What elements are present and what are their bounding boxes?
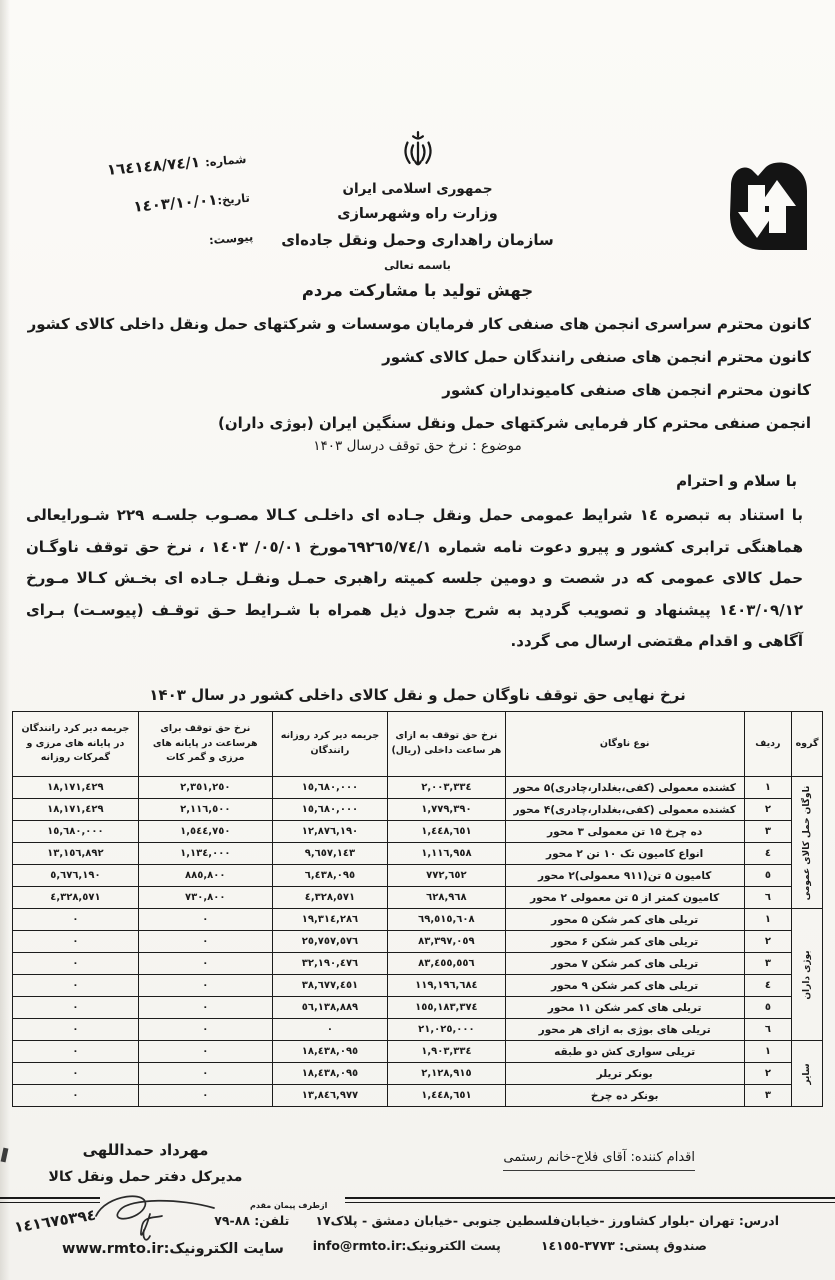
- recipients: کانون محترم سراسری انجمن های صنفی کار فر…: [24, 308, 811, 440]
- rate-border: ١,١٣٤,٠٠٠: [138, 843, 272, 865]
- basmala: باسمه تعالی: [0, 259, 835, 272]
- footer-postal-line: صندوق پستی: ٣٧٧٣-١٤١٥٥پست الکترونیک:info…: [313, 1238, 707, 1253]
- group-cell: ناوگان حمل کالای عمومی: [792, 777, 823, 909]
- separator-rule-left: [0, 1197, 100, 1203]
- fine-daily: ١٩,٣١٤,٢٨٦: [272, 909, 387, 931]
- row-no: ١: [744, 777, 791, 799]
- rate-domestic: ٢,٠٠٣,٣٣٤: [388, 777, 505, 799]
- fleet-type: کشنده معمولی (کفی،بغلدار،چادری)۵ محور: [505, 777, 744, 799]
- rate-domestic: ١,٤٤٨,٦٥١: [388, 1085, 505, 1107]
- rate-border: ٠: [138, 997, 272, 1019]
- rate-domestic: ٦٢٨,٩٦٨: [388, 887, 505, 909]
- fleet-type: تریلی های کمر شکن ۷ محور: [505, 953, 744, 975]
- fleet-type: تریلی های کمر شکن ۱۱ محور: [505, 997, 744, 1019]
- fleet-type: بونکر ده چرخ: [505, 1085, 744, 1107]
- fleet-type: کشنده معمولی (کفی،بغلدار،چادری)۴ محور: [505, 799, 744, 821]
- fine-border: ٠: [13, 953, 139, 975]
- table-row: ٦کامیون کمتر از ۵ تن معمولی ۲ محور٦٢٨,٩٦…: [13, 887, 823, 909]
- col-fleet-type: نوع ناوگان: [505, 712, 744, 777]
- fine-daily: ١٥,٦٨٠,٠٠٠: [272, 799, 387, 821]
- iran-emblem-icon: [397, 128, 439, 178]
- scanned-letter-page: شماره: ١٦٤١٤٨/٧٤/١ تاریخ:١٤٠٣/١٠/٠١ پیوس…: [0, 0, 835, 1280]
- table-row: ٢کشنده معمولی (کفی،بغلدار،چادری)۴ محور١,…: [13, 799, 823, 821]
- rate-domestic: ١٥٥,١٨٣,٣٧٤: [388, 997, 505, 1019]
- rate-border: ٠: [138, 1085, 272, 1107]
- rates-table: گروه ردیف نوع ناوگان نرخ حق توقف به ازای…: [12, 711, 823, 1107]
- rate-border: ٠: [138, 953, 272, 975]
- rate-border: ٠: [138, 909, 272, 931]
- row-no: ٤: [744, 843, 791, 865]
- rate-domestic: ١,٩٠٣,٣٣٤: [388, 1041, 505, 1063]
- signature-name: مهرداد حمداللهی: [48, 1137, 243, 1164]
- recipient-line: کانون محترم سراسری انجمن های صنفی کار فر…: [24, 308, 811, 341]
- separator-rule-right: [345, 1197, 835, 1203]
- rate-domestic: ١١٩,١٩٦,٦٨٤: [388, 975, 505, 997]
- rate-border: ٠: [138, 1019, 272, 1041]
- fine-daily: ١٨,٤٣٨,٠٩٥: [272, 1041, 387, 1063]
- group-cell: سایر: [792, 1041, 823, 1107]
- fine-border: ٠: [13, 931, 139, 953]
- row-no: ٤: [744, 975, 791, 997]
- row-no: ٢: [744, 799, 791, 821]
- row-no: ٥: [744, 865, 791, 887]
- rate-border: ٨٨٥,٨٠٠: [138, 865, 272, 887]
- rate-border: ٢,٣٥١,٢٥٠: [138, 777, 272, 799]
- fleet-type: تریلی سواری کش دو طبقه: [505, 1041, 744, 1063]
- table-row: ٥تریلی های کمر شکن ۱۱ محور١٥٥,١٨٣,٣٧٤٥٦,…: [13, 997, 823, 1019]
- table-row: سایر١تریلی سواری کش دو طبقه١,٩٠٣,٣٣٤١٨,٤…: [13, 1041, 823, 1063]
- fleet-type: کامیون کمتر از ۵ تن معمولی ۲ محور: [505, 887, 744, 909]
- rate-border: ٠: [138, 1063, 272, 1085]
- row-no: ١: [744, 909, 791, 931]
- fleet-type: تریلی های کمر شکن ۶ محور: [505, 931, 744, 953]
- fine-daily: ٣٨,٦٧٧,٤٥١: [272, 975, 387, 997]
- footer-website: سایت الکترونیک:www.rmto.ir: [62, 1241, 284, 1257]
- col-group: گروه: [792, 712, 823, 777]
- footer-phone: تلفن: ٨٨-٧٩: [214, 1213, 289, 1228]
- footer-address-line: ادرس: تهران -بلوار کشاورز -خیابان‌فلسطین…: [214, 1213, 779, 1228]
- fleet-type: تریلی های بوژی به ازای هر محور: [505, 1019, 744, 1041]
- table-row: ٣تریلی های کمر شکن ۷ محور٨٣,٤٥٥,٥٥٦٣٢,١٩…: [13, 953, 823, 975]
- col-row: ردیف: [744, 712, 791, 777]
- fine-border: ١٨,١٧١,٤٢٩: [13, 799, 139, 821]
- col-fine-border: جریمه دیر کرد رانندگان در پایانه های مرز…: [13, 712, 139, 777]
- row-no: ٦: [744, 1019, 791, 1041]
- table-row: ٦تریلی های بوژی به ازای هر محور٢١,٠٢٥,٠٠…: [13, 1019, 823, 1041]
- signature-block: مهرداد حمداللهی مدیرکل دفتر حمل ونقل کال…: [48, 1137, 243, 1191]
- group-cell: بوژی داران: [792, 909, 823, 1041]
- rates-tbody: ناوگان حمل کالای عمومی١کشنده معمولی (کفی…: [13, 777, 823, 1107]
- table-row: ٤تریلی های کمر شکن ۹ محور١١٩,١٩٦,٦٨٤٣٨,٦…: [13, 975, 823, 997]
- fine-border: ٤,٣٢٨,٥٧١: [13, 887, 139, 909]
- rate-border: ٠: [138, 1041, 272, 1063]
- fine-daily: ١٣,٨٤٦,٩٧٧: [272, 1085, 387, 1107]
- fleet-type: تریلی های کمر شکن ۵ محور: [505, 909, 744, 931]
- letterhead-country: جمهوری اسلامی ایران: [0, 181, 835, 197]
- rate-border: ٠: [138, 931, 272, 953]
- fine-border: ٥,٦٧٦,١٩٠: [13, 865, 139, 887]
- fine-daily: ١٥,٦٨٠,٠٠٠: [272, 777, 387, 799]
- col-rate-domestic: نرخ حق توقف به ازای هر ساعت داخلی (ریال): [388, 712, 505, 777]
- row-no: ٣: [744, 1085, 791, 1107]
- rate-domestic: ١,٤٤٨,٦٥١: [388, 821, 505, 843]
- fine-daily: ٤,٣٢٨,٥٧١: [272, 887, 387, 909]
- salutation: با سلام و احترام: [676, 472, 797, 490]
- fine-border: ١٥,٦٨٠,٠٠٠: [13, 821, 139, 843]
- letter-meta: شماره: ١٦٤١٤٨/٧٤/١ تاریخ:١٤٠٣/١٠/٠١ پیوس…: [75, 139, 255, 270]
- row-no: ٣: [744, 821, 791, 843]
- fine-daily: ٢٥,٧٥٧,٥٧٦: [272, 931, 387, 953]
- fine-border: ١٨,١٧١,٤٢٩: [13, 777, 139, 799]
- fine-border: ٠: [13, 1063, 139, 1085]
- rate-domestic: ٨٣,٤٥٥,٥٥٦: [388, 953, 505, 975]
- fine-daily: ٥٦,١٣٨,٨٨٩: [272, 997, 387, 1019]
- fleet-type: ده چرخ ۱۵ تن معمولی ۳ محور: [505, 821, 744, 843]
- recipient-line: کانون محترم انجمن های صنفی رانندگان حمل …: [24, 341, 811, 374]
- footer-pobox: صندوق پستی: ٣٧٧٣-١٤١٥٥: [541, 1238, 707, 1253]
- fine-border: ٠: [13, 975, 139, 997]
- fine-border: ٠: [13, 909, 139, 931]
- recipient-line: کانون محترم انجمن های صنفی کامیونداران ک…: [24, 374, 811, 407]
- table-row: ٥کامیون ۵ تن(۹۱۱ معمولی)۲ محور٧٧٢,٦٥٢٦,٤…: [13, 865, 823, 887]
- fleet-type: تریلی های کمر شکن ۹ محور: [505, 975, 744, 997]
- table-row: ناوگان حمل کالای عمومی١کشنده معمولی (کفی…: [13, 777, 823, 799]
- rates-table-wrap: گروه ردیف نوع ناوگان نرخ حق توقف به ازای…: [12, 711, 823, 1107]
- rate-border: ٢,١١٦,٥٠٠: [138, 799, 272, 821]
- fine-border: ٠: [13, 997, 139, 1019]
- row-no: ٣: [744, 953, 791, 975]
- body-paragraph: با استناد به تبصره ١٤ شرایط عمومی حمل ون…: [26, 500, 803, 658]
- table-title: نرخ نهایی حق توقف ناوگان حمل و نقل کالای…: [0, 686, 835, 704]
- row-no: ٦: [744, 887, 791, 909]
- rate-border: ٠: [138, 975, 272, 997]
- table-row: ٢تریلی های کمر شکن ۶ محور٨٣,٣٩٧,٠٥٩٢٥,٧٥…: [13, 931, 823, 953]
- fine-border: ٠: [13, 1041, 139, 1063]
- fleet-type: کامیون ۵ تن(۹۱۱ معمولی)۲ محور: [505, 865, 744, 887]
- recipient-line: انجمن صنفی محترم کار فرمایی شرکتهای حمل …: [24, 407, 811, 440]
- fine-border: ٠: [13, 1019, 139, 1041]
- rate-domestic: ١,١١٦,٩٥٨: [388, 843, 505, 865]
- table-row: بوژی داران١تریلی های کمر شکن ۵ محور٦٩,٥١…: [13, 909, 823, 931]
- row-no: ٢: [744, 931, 791, 953]
- fine-daily: ٩,٦٥٧,١٤٣: [272, 843, 387, 865]
- fine-border: ٠: [13, 1085, 139, 1107]
- fine-daily: ٦,٤٣٨,٠٩٥: [272, 865, 387, 887]
- fleet-type: انواع کامیون تک ۱۰ تن ۲ محور: [505, 843, 744, 865]
- row-no: ٢: [744, 1063, 791, 1085]
- slogan-line: جهش تولید با مشارکت مردم: [0, 281, 835, 300]
- header-row: گروه ردیف نوع ناوگان نرخ حق توقف به ازای…: [13, 712, 823, 777]
- fleet-type: بونکر تریلر: [505, 1063, 744, 1085]
- fine-border: ١٣,١٥٦,٨٩٢: [13, 843, 139, 865]
- signature-on-behalf: ازطرف پیمان مقدم: [250, 1201, 327, 1210]
- fine-daily: ٠: [272, 1019, 387, 1041]
- subject-line: موضوع : نرخ حق توقف درسال ۱۴۰۳: [0, 438, 835, 454]
- rate-domestic: ٦٩,٥١٥,٦٠٨: [388, 909, 505, 931]
- handler-line: اقدام کننده: آقای فلاح-خانم رستمی: [503, 1150, 695, 1171]
- rate-domestic: ٨٣,٣٩٧,٠٥٩: [388, 931, 505, 953]
- rate-domestic: ٧٧٢,٦٥٢: [388, 865, 505, 887]
- table-row: ٣ده چرخ ۱۵ تن معمولی ۳ محور١,٤٤٨,٦٥١١٢,٨…: [13, 821, 823, 843]
- rate-border: ٧٣٠,٨٠٠: [138, 887, 272, 909]
- rate-domestic: ١,٧٧٩,٣٩٠: [388, 799, 505, 821]
- rate-domestic: ٢,١٢٨,٩١٥: [388, 1063, 505, 1085]
- row-no: ٥: [744, 997, 791, 1019]
- table-row: ٢بونکر تریلر٢,١٢٨,٩١٥١٨,٤٣٨,٠٩٥٠٠: [13, 1063, 823, 1085]
- footer-email: پست الکترونیک:info@rmto.ir: [313, 1238, 501, 1253]
- fine-daily: ٣٢,١٩٠,٤٧٦: [272, 953, 387, 975]
- col-rate-border: نرخ حق توقف برای هرساعت در پایانه های مر…: [138, 712, 272, 777]
- col-fine-daily: جریمه دیر کرد روزانه رانندگان: [272, 712, 387, 777]
- letterhead-ministry: وزارت راه وشهرسازی: [0, 206, 835, 222]
- table-row: ٤انواع کامیون تک ۱۰ تن ۲ محور١,١١٦,٩٥٨٩,…: [13, 843, 823, 865]
- rate-domestic: ٢١,٠٢٥,٠٠٠: [388, 1019, 505, 1041]
- table-row: ٣بونکر ده چرخ١,٤٤٨,٦٥١١٣,٨٤٦,٩٧٧٠٠: [13, 1085, 823, 1107]
- rate-border: ١,٥٤٤,٧٥٠: [138, 821, 272, 843]
- row-no: ١: [744, 1041, 791, 1063]
- footer-address: ادرس: تهران -بلوار کشاورز -خیابان‌فلسطین…: [315, 1213, 779, 1228]
- fine-daily: ١٨,٤٣٨,٠٩٥: [272, 1063, 387, 1085]
- letterhead-organization: سازمان راهداری وحمل ونقل جاده‌ای: [0, 231, 835, 249]
- fine-daily: ١٢,٨٧٦,١٩٠: [272, 821, 387, 843]
